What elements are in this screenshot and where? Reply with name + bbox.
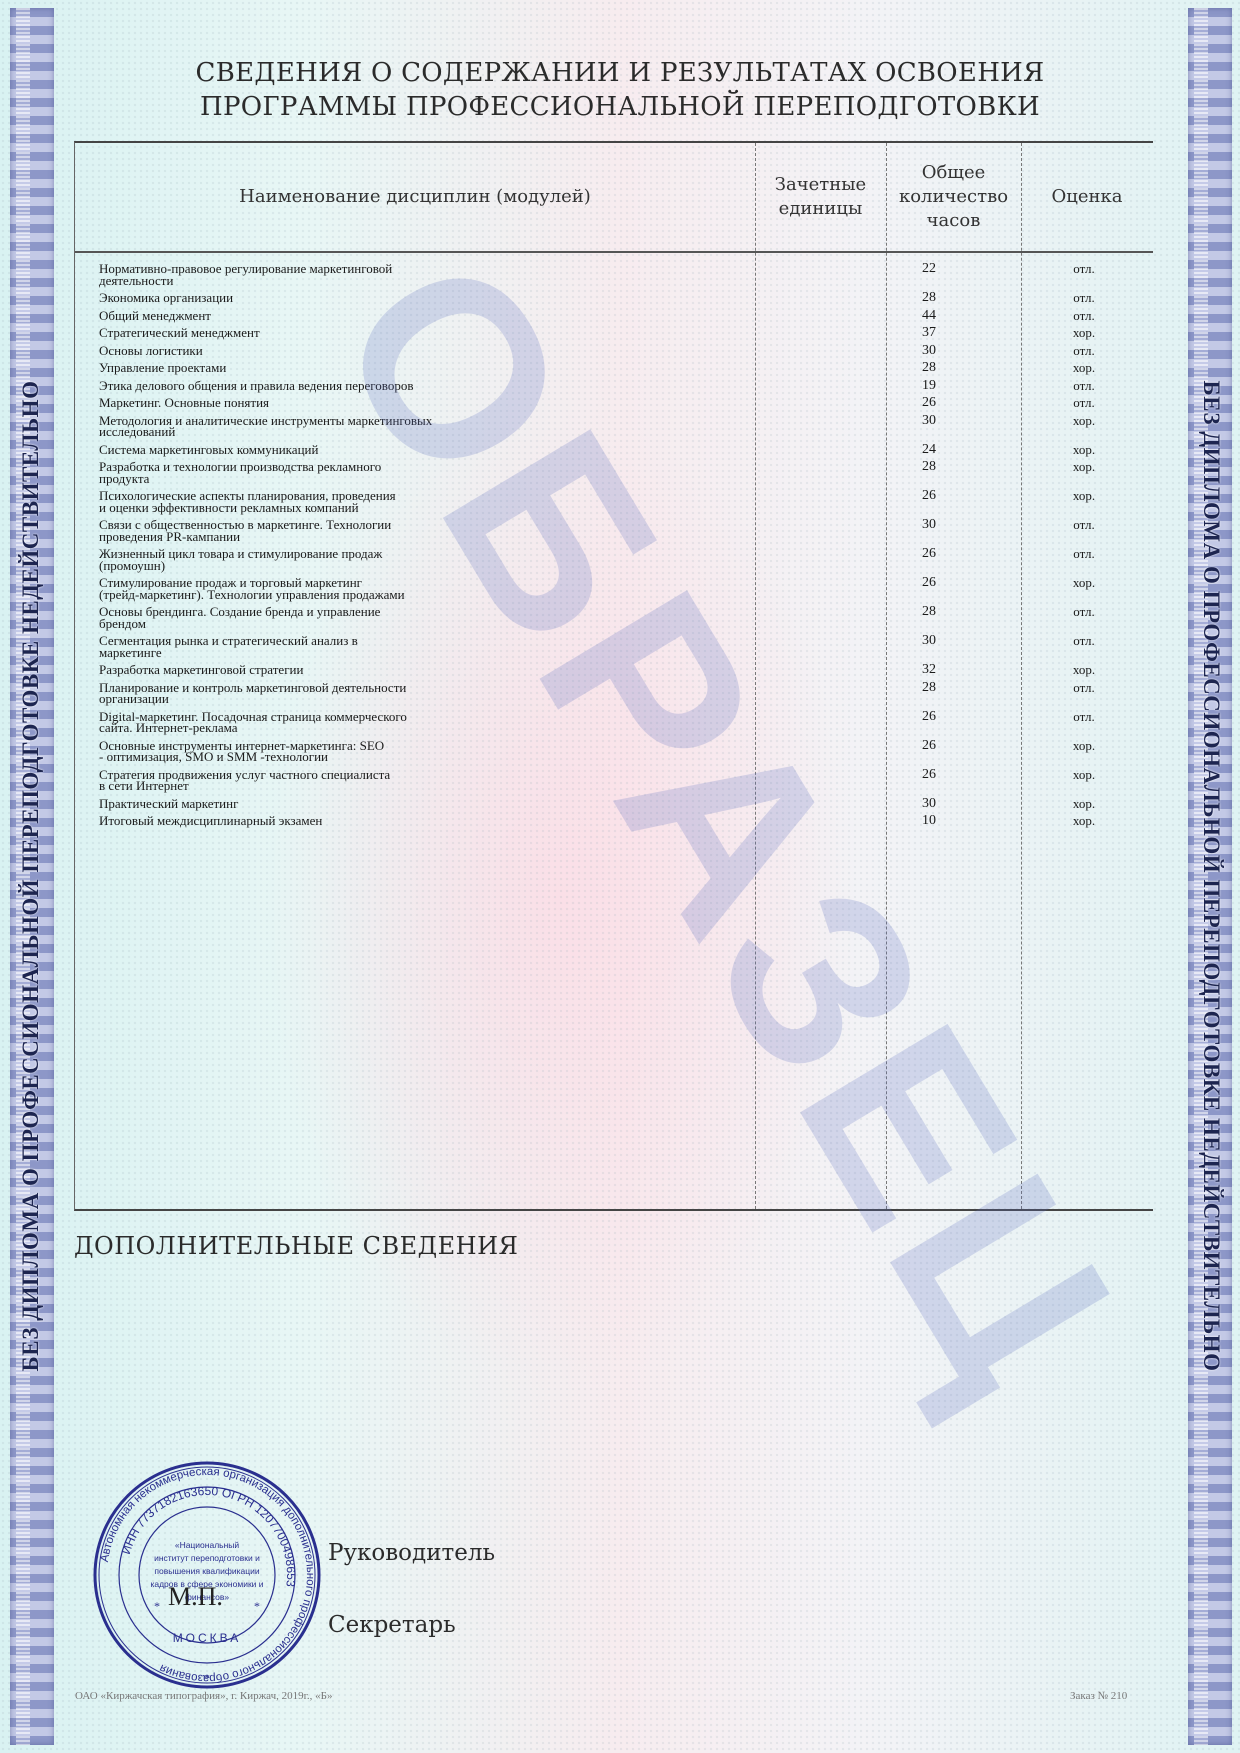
grade-value: отл. [1059, 606, 1109, 618]
discipline-name: Итоговый междисциплинарный экзамен [75, 815, 619, 827]
header-grade: Оценка [1021, 143, 1153, 251]
discipline-name: Digital-маркетинг. Посадочная страница к… [75, 711, 619, 734]
hours-value: 19 [909, 380, 949, 392]
hours-value: 28 [909, 682, 949, 694]
table-row: Методология и аналитические инструменты … [75, 415, 1153, 438]
discipline-name: Этика делового общения и правила ведения… [75, 380, 619, 392]
discipline-name: Планирование и контроль маркетинговой де… [75, 682, 619, 705]
table-row: Стратегический менеджмент37хор. [75, 327, 1153, 339]
table-row: Управление проектами28хор. [75, 362, 1153, 374]
grade-value: отл. [1059, 397, 1109, 409]
seal-mark: М.П. [168, 1582, 223, 1612]
grade-value: хор. [1059, 490, 1109, 502]
table-row: Digital-маркетинг. Посадочная страница к… [75, 711, 1153, 734]
hours-value: 10 [909, 815, 949, 827]
hours-value: 26 [909, 577, 949, 589]
table-row: Нормативно-правовое регулирование маркет… [75, 263, 1153, 286]
discipline-name: Стимулирование продаж и торговый маркети… [75, 577, 619, 600]
grade-value: хор. [1059, 444, 1109, 456]
grade-value: хор. [1059, 815, 1109, 827]
grade-value: хор. [1059, 664, 1109, 676]
grade-value: хор. [1059, 769, 1109, 781]
table-row: Система маркетинговых коммуникаций24хор. [75, 444, 1153, 456]
grade-value: отл. [1059, 380, 1109, 392]
table-row: Психологические аспекты планирования, пр… [75, 490, 1153, 513]
hours-value: 32 [909, 664, 949, 676]
hours-value: 26 [909, 490, 949, 502]
disciplines-table: Наименование дисциплин (модулей) Зачетны… [74, 141, 1153, 1211]
hours-value: 26 [909, 548, 949, 560]
grade-value: отл. [1059, 711, 1109, 723]
grade-value: отл. [1059, 263, 1109, 275]
grade-value: хор. [1059, 362, 1109, 374]
table-row: Разработка и технологии производства рек… [75, 461, 1153, 484]
grade-value: хор. [1059, 740, 1109, 752]
table-row: Стимулирование продаж и торговый маркети… [75, 577, 1153, 600]
table-row: Итоговый междисциплинарный экзамен10хор. [75, 815, 1153, 827]
hours-value: 30 [909, 415, 949, 427]
grade-value: хор. [1059, 461, 1109, 473]
order-number: Заказ № 210 [1070, 1690, 1127, 1702]
discipline-name: Практический маркетинг [75, 798, 619, 810]
secretary-signature-label: Секретарь [328, 1612, 456, 1638]
table-row: Сегментация рынка и стратегический анали… [75, 635, 1153, 658]
page-title: СВЕДЕНИЯ О СОДЕРЖАНИИ И РЕЗУЛЬТАТАХ ОСВО… [150, 56, 1090, 124]
discipline-name: Разработка и технологии производства рек… [75, 461, 619, 484]
additional-info-title: ДОПОЛНИТЕЛЬНЫЕ СВЕДЕНИЯ [74, 1232, 518, 1260]
discipline-name: Основные инструменты интернет-маркетинга… [75, 740, 619, 763]
table-row: Основные инструменты интернет-маркетинга… [75, 740, 1153, 763]
hours-value: 30 [909, 798, 949, 810]
discipline-name: Стратегический менеджмент [75, 327, 619, 339]
table-row: Планирование и контроль маркетинговой де… [75, 682, 1153, 705]
discipline-name: Сегментация рынка и стратегический анали… [75, 635, 619, 658]
svg-text:*: * [254, 1599, 260, 1613]
right-side-text: БЕЗ ДИПЛОМА О ПРОФЕССИОНАЛЬНОЙ ПЕРЕПОДГО… [1198, 381, 1224, 1372]
discipline-name: Основы брендинга. Создание бренда и упра… [75, 606, 619, 629]
table-body: Нормативно-правовое регулирование маркет… [75, 263, 1153, 833]
svg-text:«Национальный: «Национальный [175, 1540, 240, 1550]
grade-value: отл. [1059, 519, 1109, 531]
grade-value: отл. [1059, 345, 1109, 357]
svg-text:*: * [204, 1671, 210, 1685]
discipline-name: Разработка маркетинговой стратегии [75, 664, 619, 676]
hours-value: 26 [909, 397, 949, 409]
grade-value: хор. [1059, 415, 1109, 427]
discipline-name: Стратегия продвижения услуг частного спе… [75, 769, 619, 792]
printer-info: ОАО «Киржачская типография», г. Киржач, … [75, 1690, 333, 1702]
hours-value: 30 [909, 345, 949, 357]
svg-text:повышения квалификации: повышения квалификации [154, 1566, 259, 1576]
svg-text:МОСКВА: МОСКВА [173, 1631, 242, 1645]
hours-value: 28 [909, 606, 949, 618]
hours-value: 30 [909, 635, 949, 647]
grade-value: отл. [1059, 548, 1109, 560]
table-row: Основы логистики30отл. [75, 345, 1153, 357]
director-signature-label: Руководитель [328, 1540, 495, 1566]
discipline-name: Маркетинг. Основные понятия [75, 397, 619, 409]
grade-value: отл. [1059, 292, 1109, 304]
title-line-1: СВЕДЕНИЯ О СОДЕРЖАНИИ И РЕЗУЛЬТАТАХ ОСВО… [150, 56, 1090, 90]
hours-value: 24 [909, 444, 949, 456]
table-row: Разработка маркетинговой стратегии32хор. [75, 664, 1153, 676]
header-divider [75, 251, 1153, 253]
grade-value: хор. [1059, 577, 1109, 589]
hours-value: 37 [909, 327, 949, 339]
seal-stamp: Автономная некоммерческая организация до… [92, 1460, 322, 1690]
discipline-name: Общий менеджмент [75, 310, 619, 322]
grade-value: хор. [1059, 798, 1109, 810]
hours-value: 26 [909, 711, 949, 723]
hours-value: 30 [909, 519, 949, 531]
hours-value: 28 [909, 292, 949, 304]
table-row: Связи с общественностью в маркетинге. Те… [75, 519, 1153, 542]
table-row: Маркетинг. Основные понятия26отл. [75, 397, 1153, 409]
hours-value: 28 [909, 461, 949, 473]
discipline-name: Психологические аспекты планирования, пр… [75, 490, 619, 513]
table-row: Этика делового общения и правила ведения… [75, 380, 1153, 392]
left-side-text: БЕЗ ДИПЛОМА О ПРОФЕССИОНАЛЬНОЙ ПЕРЕПОДГО… [18, 381, 44, 1372]
svg-text:*: * [154, 1599, 160, 1613]
discipline-name: Система маркетинговых коммуникаций [75, 444, 619, 456]
table-row: Основы брендинга. Создание бренда и упра… [75, 606, 1153, 629]
hours-value: 28 [909, 362, 949, 374]
discipline-name: Основы логистики [75, 345, 619, 357]
hours-value: 22 [909, 263, 949, 275]
hours-value: 26 [909, 769, 949, 781]
header-credits: Зачетные единицы [755, 143, 886, 251]
hours-value: 26 [909, 740, 949, 752]
svg-text:институт переподготовки и: институт переподготовки и [154, 1553, 260, 1563]
discipline-name: Связи с общественностью в маркетинге. Те… [75, 519, 619, 542]
table-row: Стратегия продвижения услуг частного спе… [75, 769, 1153, 792]
grade-value: отл. [1059, 310, 1109, 322]
header-name: Наименование дисциплин (модулей) [75, 143, 755, 251]
discipline-name: Управление проектами [75, 362, 619, 374]
grade-value: отл. [1059, 682, 1109, 694]
discipline-name: Методология и аналитические инструменты … [75, 415, 619, 438]
discipline-name: Жизненный цикл товара и стимулирование п… [75, 548, 619, 571]
grade-value: отл. [1059, 635, 1109, 647]
title-line-2: ПРОГРАММЫ ПРОФЕССИОНАЛЬНОЙ ПЕРЕПОДГОТОВК… [150, 90, 1090, 124]
header-hours: Общее количество часов [886, 143, 1021, 251]
discipline-name: Экономика организации [75, 292, 619, 304]
table-row: Экономика организации28отл. [75, 292, 1153, 304]
table-row: Общий менеджмент44отл. [75, 310, 1153, 322]
grade-value: хор. [1059, 327, 1109, 339]
table-row: Практический маркетинг30хор. [75, 798, 1153, 810]
table-row: Жизненный цикл товара и стимулирование п… [75, 548, 1153, 571]
hours-value: 44 [909, 310, 949, 322]
discipline-name: Нормативно-правовое регулирование маркет… [75, 263, 619, 286]
